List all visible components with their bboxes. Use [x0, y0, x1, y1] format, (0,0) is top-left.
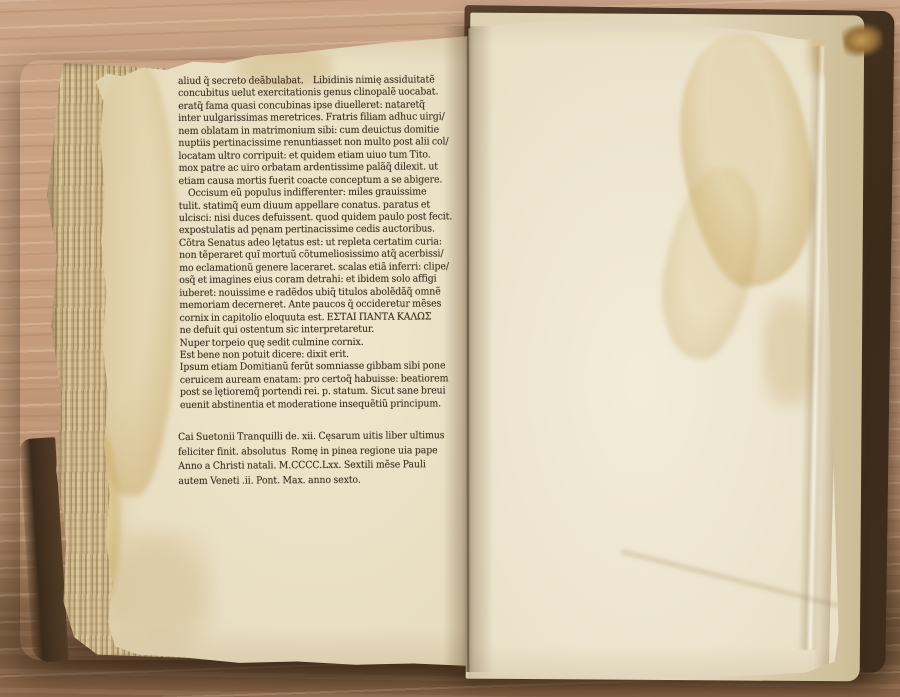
- printed-latin-text: aliud q̃ secreto deãbulabat. Libidinis n…: [178, 74, 452, 412]
- text-line-greek-omen: cornix in capitolio eloquuta est. ΕΣΤΑΙ …: [179, 311, 451, 325]
- book-photograph: aliud q̃ secreto deãbulabat. Libidinis n…: [0, 0, 900, 697]
- colophon: Cai Suetonii Tranquilli de. xii. Cęsarum…: [178, 429, 460, 489]
- right-page-blank: [468, 18, 852, 678]
- text-line: Occisum eũ populus indifferenter: miles …: [179, 186, 451, 200]
- text-line: mox patre ac uiro orbatam ardentissime p…: [179, 162, 451, 176]
- colophon-line: Cai Suetonii Tranquilli de. xii. Cęsarum…: [178, 429, 460, 446]
- worn-leather-corner: [841, 21, 885, 58]
- text-line: memoriam decerneret. Ante paucos q̃ occi…: [179, 298, 451, 312]
- text-line: euenit abstinentia et moderatione insequ…: [180, 398, 452, 412]
- colophon-line: autem Veneti .ii. Pont. Max. anno sexto.: [178, 473, 460, 490]
- page-gutter-shadow: [444, 26, 492, 672]
- left-page: aliud q̃ secreto deãbulabat. Libidinis n…: [84, 32, 472, 666]
- water-stain-large: [666, 26, 828, 293]
- water-stain-bottom-left: [102, 530, 212, 656]
- colophon-line: Anno a Christi natali. M.CCCC.Lxx. Sexti…: [178, 458, 460, 475]
- water-stain-tail: [650, 160, 770, 366]
